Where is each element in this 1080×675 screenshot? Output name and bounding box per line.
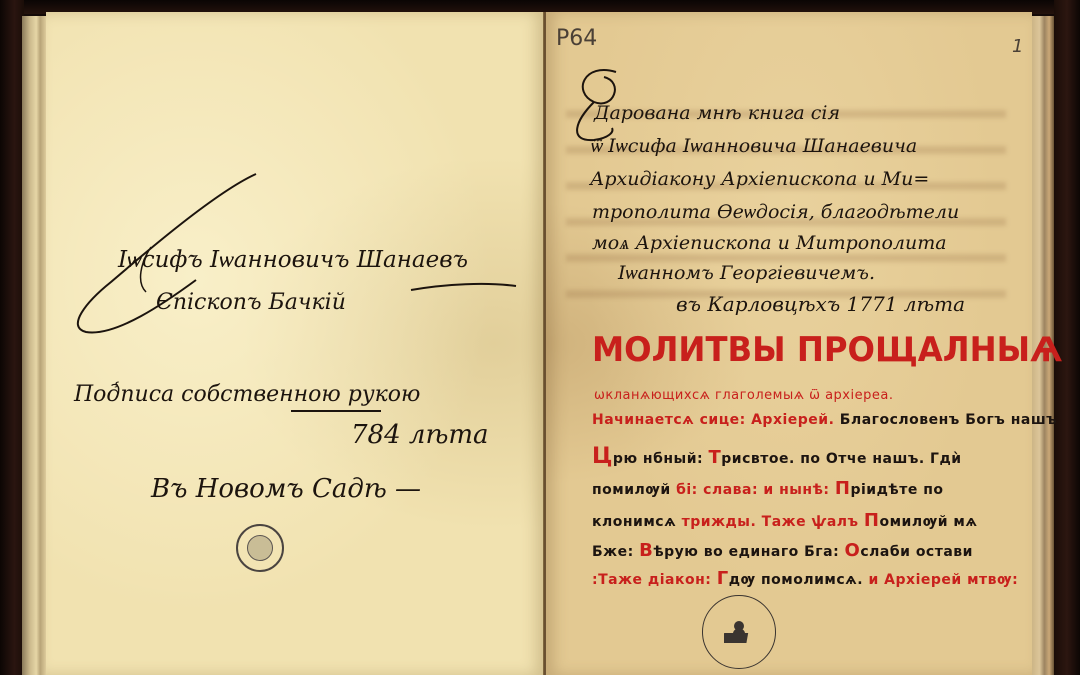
dedication-line-7: въ Карловцѣхъ 1771 лѣта xyxy=(676,292,965,316)
inscription-line-4: 784 лѣта xyxy=(351,420,489,450)
shelfmark: P64 xyxy=(556,26,597,51)
inscription-line-2: Єпіскопъ Бачкій xyxy=(156,290,346,315)
seated-figure-icon xyxy=(724,617,754,647)
inscription-line-5: Въ Новомъ Садѣ — xyxy=(151,474,421,504)
folio-number: 1 xyxy=(1012,36,1023,57)
dedication-line-3: Архидіакону Архіепископа и Ми= xyxy=(590,168,929,190)
dedication-line-1: Дарована мнѣ книга сія xyxy=(594,102,840,124)
left-page: Іѡсифъ Іѡанновичъ Шанаевъ Єпіскопъ Бачкі… xyxy=(46,12,544,675)
printed-title: МОЛИТВЫ ПРОЩАЛНЫѦ xyxy=(592,330,1062,370)
printed-line-5: Бже: Вѣрую во единаго Бга: Ослаби остави xyxy=(592,540,973,561)
library-stamp-family xyxy=(702,595,776,669)
inscription-line-3: Под̾писа собственною рукою xyxy=(74,382,420,407)
inscription-line-1: Іѡсифъ Іѡанновичъ Шанаевъ xyxy=(118,247,468,273)
printed-subtitle: ѡкланѧющихсѧ глаголемыѧ ѿ архіереа. xyxy=(594,388,893,403)
dedication-line-6: Іѡанномъ Георгіевичемъ. xyxy=(618,262,875,285)
printed-line-6: :Таже діакон: Гдѹ помолимсѧ. и Архіерей … xyxy=(592,568,1018,589)
page-stack-left xyxy=(22,16,48,675)
dedication-line-5: моѧ Архіепископа и Митрополита xyxy=(592,232,947,255)
printed-line-1: Начинаетсѧ сице: Архіерей. Благословенъ … xyxy=(592,412,1057,428)
right-page: P64 1 Дарована мнѣ книга сія ѿ Іѡсифа Іѡ… xyxy=(546,12,1032,675)
binding-left-edge xyxy=(0,0,24,675)
printed-line-2: Црю нбный: Трисвтое. по Отче нашъ. Гдѝ xyxy=(592,444,962,469)
printed-line-4: клонимсѧ трижды. Таже ѱалъ Помилѹй мѧ xyxy=(592,510,978,531)
dedication-line-4: трополита Ѳеѡдосія, благодѣтели xyxy=(592,201,959,224)
printed-line-3: помилѹй бі: слава: и нынѣ: Пріидѣте по xyxy=(592,478,943,499)
library-stamp-small xyxy=(236,524,284,572)
underline-stroke xyxy=(291,410,381,412)
dedication-line-2: ѿ Іѡсифа Іѡанновича Шанаевича xyxy=(590,135,917,158)
